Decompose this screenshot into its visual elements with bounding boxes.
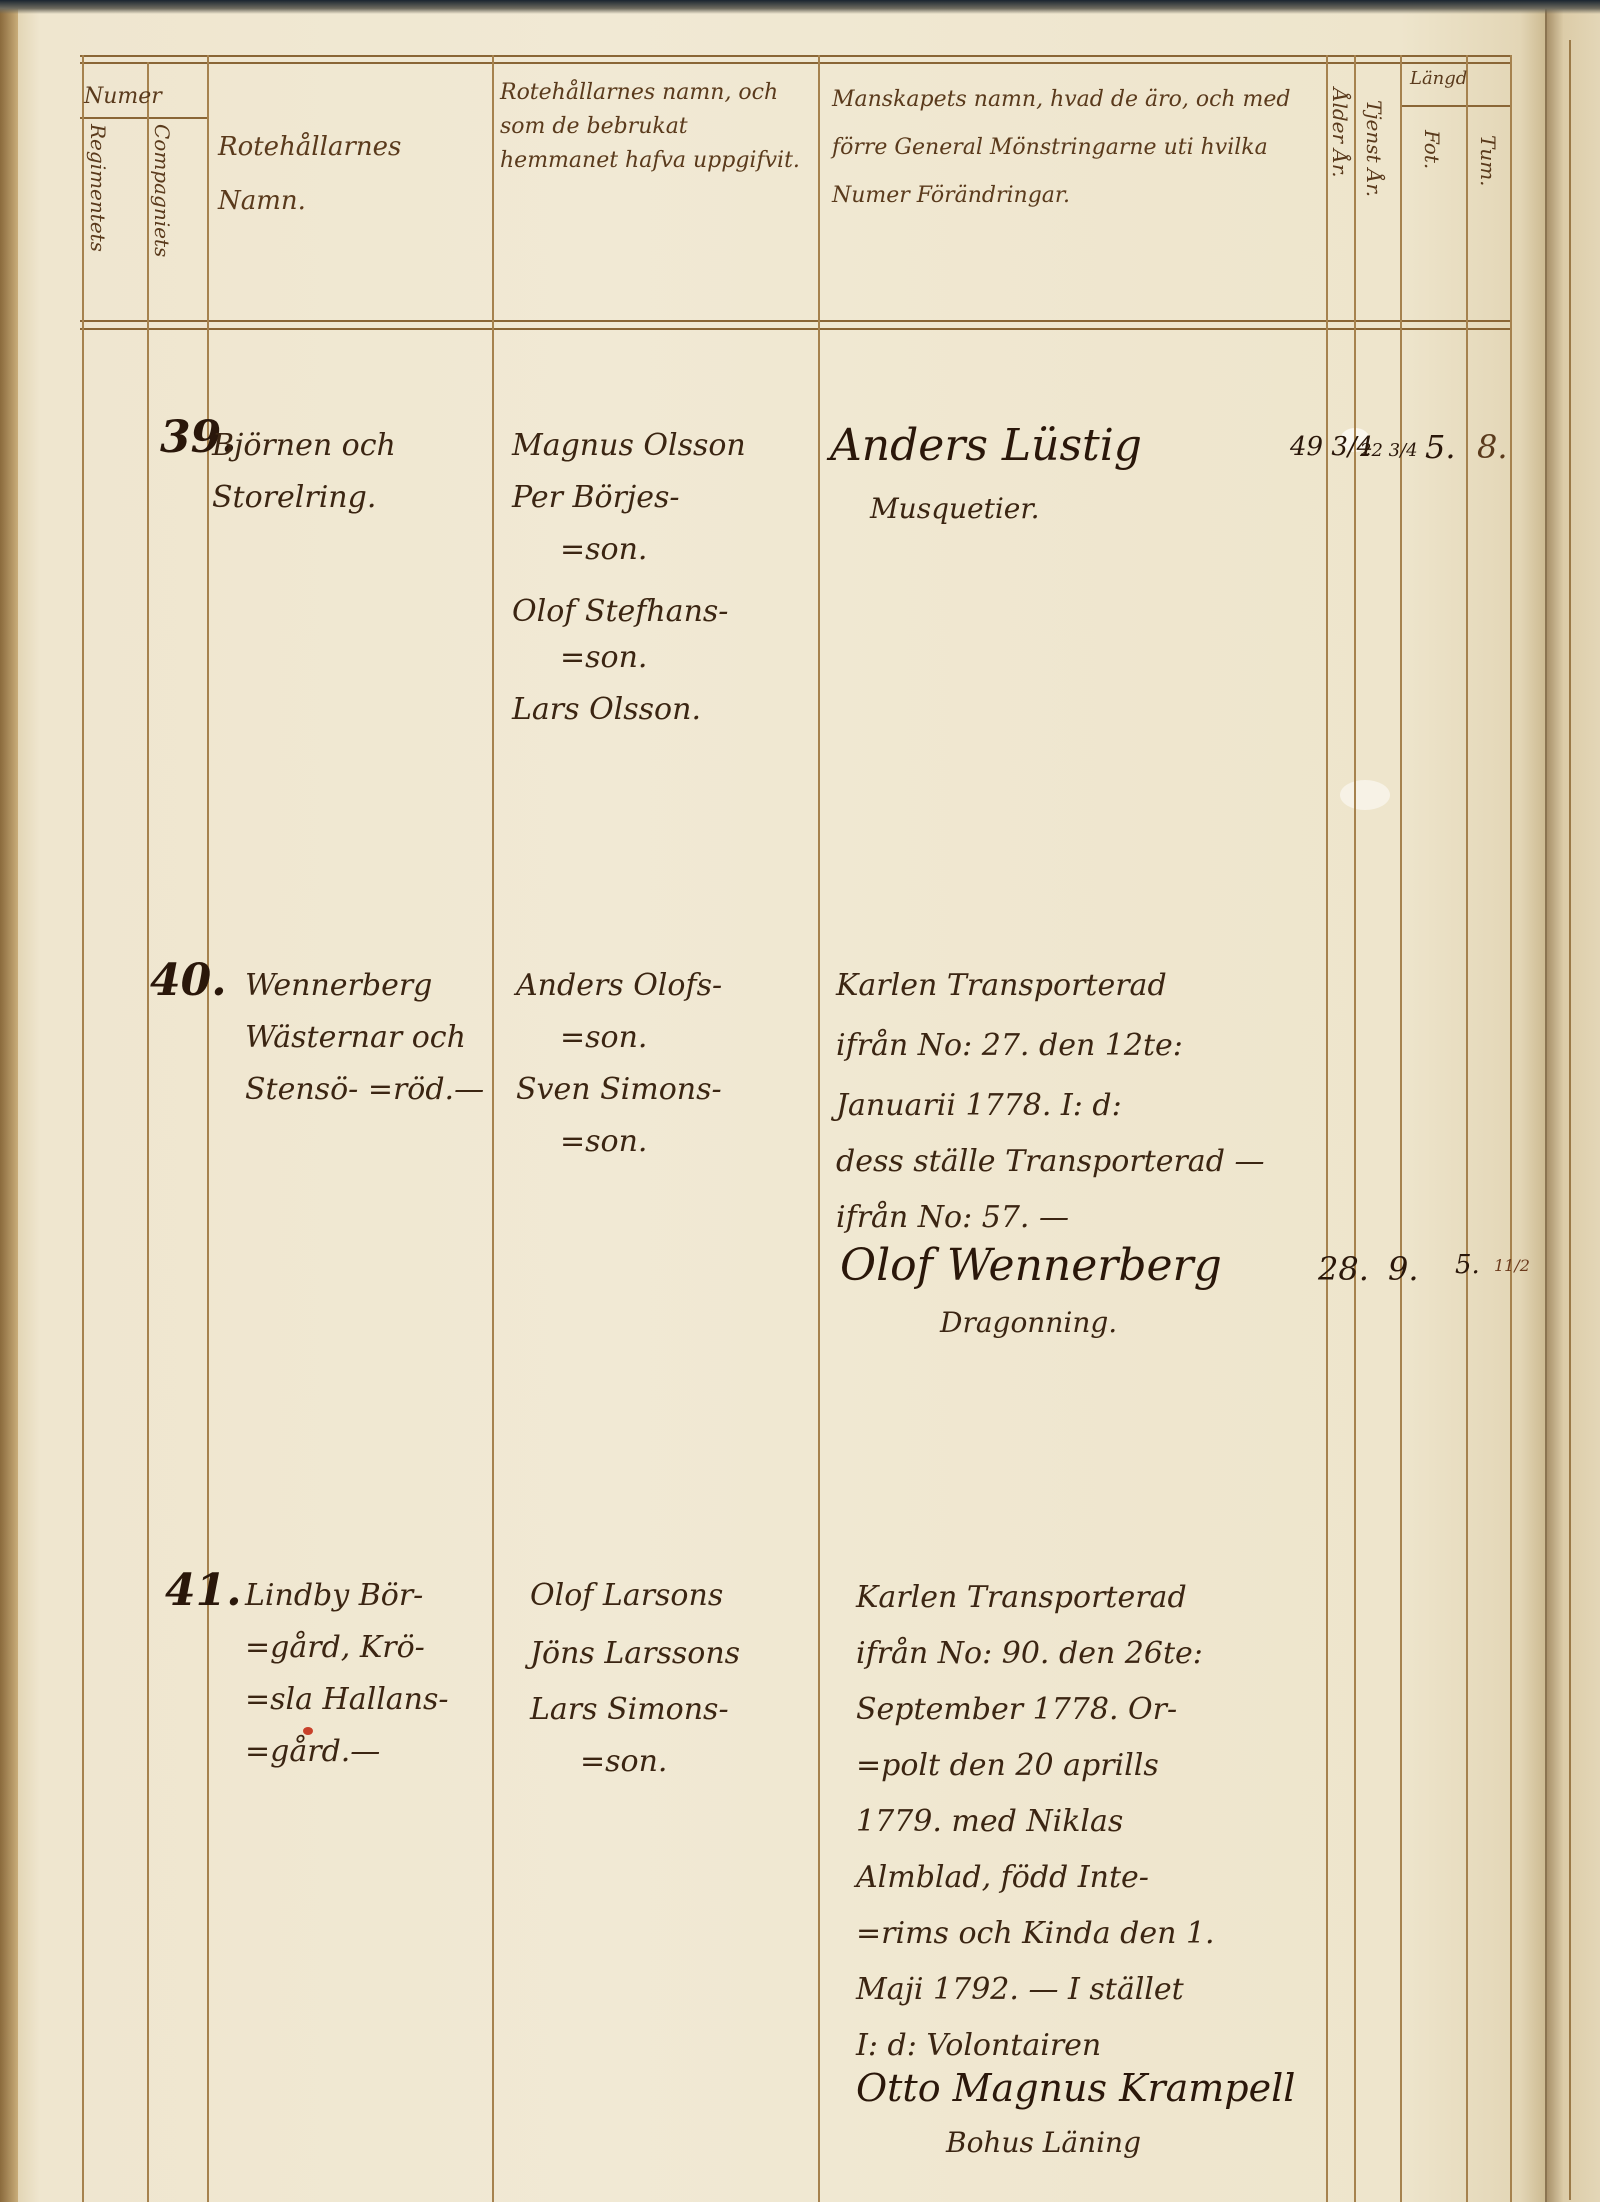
col-rule (1510, 55, 1512, 2202)
col-rule (1354, 55, 1356, 2202)
soldier-title: Musquetier. (870, 492, 1040, 525)
soldier-note-3: =polt den 20 aprills (856, 1740, 1159, 1792)
soldier-note-0: Karlen Transporterad (856, 1572, 1187, 1624)
soldier-note-8: I: d: Volontairen (856, 2020, 1101, 2072)
numer-sub-rule (80, 117, 208, 119)
ledger-page (0, 0, 1545, 2202)
soldier-note-5: Almblad, född Inte- (856, 1852, 1149, 1904)
soldier-note-3: dess ställe Transporterad — (836, 1136, 1264, 1188)
header-bottom-rule (80, 320, 1512, 322)
header-langd-tum: Tum. (1476, 135, 1500, 255)
header-top-rule (80, 55, 1512, 57)
paper-crease (1340, 780, 1390, 810)
rotehallare-3: =son. (580, 1736, 667, 1788)
rotehallare-0: Olof Larsons (530, 1570, 723, 1622)
header-top-rule-2 (80, 62, 1512, 64)
rotehallare-1: Per Börjes- (512, 472, 680, 524)
entry-number: 41. (165, 1565, 242, 1616)
langd-fot-value: 5. (1455, 1250, 1480, 1280)
langd-tum-value: 11/2 (1494, 1256, 1530, 1275)
header-compagniets: Compagniets (150, 124, 174, 324)
col-rule (207, 55, 209, 2202)
soldier-note-2: Januarii 1778. I: d: (836, 1080, 1122, 1132)
rotehallare-1: Jöns Larssons (530, 1628, 740, 1680)
rotehallare-3: Olof Stefhans- (512, 586, 728, 638)
col-rule (147, 62, 149, 2202)
col-rule (1400, 55, 1402, 2202)
scan-top-shadow (0, 0, 1600, 14)
soldier-note-6: =rims och Kinda den 1. (856, 1908, 1215, 1960)
soldier-name: Olof Wennerberg (840, 1240, 1222, 1291)
adjacent-page-edge (1545, 0, 1600, 2202)
rote-name: Björnen och Storelring. (212, 420, 487, 524)
langd-fot-value: 5. (1425, 428, 1456, 466)
tjenst-ar-value: 22 3/4 (1360, 440, 1418, 461)
col-rule (1466, 55, 1468, 2202)
book-binding-edge (0, 0, 18, 2202)
col-rule (1326, 55, 1328, 2202)
rotehallare-3: =son. (560, 1116, 647, 1168)
rotehallare-4: =son. (560, 632, 647, 684)
header-tjenst-ar: Tjenst År. (1362, 100, 1386, 310)
header-rotehallare-boende: Rotehållarnes namn, och som de bebrukat … (500, 76, 812, 178)
header-langd-fot: Fot. (1420, 130, 1444, 250)
col-rule (82, 55, 84, 2202)
header-regimentets: Regimentets (86, 124, 110, 314)
rotehallare-2: =son. (560, 524, 647, 576)
langd-tum-value: 8. (1477, 428, 1508, 466)
soldier-note-4: 1779. med Niklas (856, 1796, 1123, 1848)
soldier-note-1: ifrån No: 27. den 12te: (836, 1020, 1183, 1072)
rotehallare-5: Lars Olsson. (512, 684, 701, 736)
soldier-title: Bohus Läning (946, 2126, 1141, 2159)
soldier-title: Dragonning. (940, 1306, 1117, 1339)
tjenst-ar-value: 9. (1388, 1250, 1419, 1288)
langd-sub-rule (1400, 105, 1510, 107)
soldier-note-4: ifrån No: 57. — (836, 1192, 1069, 1244)
col-rule (818, 55, 820, 2202)
soldier-name: Anders Lüstig (830, 420, 1142, 471)
header-langd: Längd (1410, 62, 1467, 96)
header-rotehallarnes-namn: Rotehållarnes Namn. (218, 120, 483, 228)
header-bottom-rule-2 (80, 328, 1512, 330)
header-manskap: Manskapets namn, hvad de äro, och med fö… (832, 76, 1312, 220)
rotehallare-0: Anders Olofs- (516, 960, 722, 1012)
header-numer: Numer (84, 80, 162, 114)
rotehallare-2: Lars Simons- (530, 1684, 729, 1736)
rote-name: Wennerberg Wästernar och Stensö- =röd.— (245, 960, 490, 1116)
entry-number: 40. (150, 955, 227, 1006)
alder-value: 28. (1318, 1250, 1369, 1288)
soldier-note-2: September 1778. Or- (856, 1684, 1177, 1736)
soldier-note-7: Maji 1792. — I stället (856, 1964, 1184, 2016)
rotehallare-1: =son. (560, 1012, 647, 1064)
soldier-note-1: ifrån No: 90. den 26te: (856, 1628, 1203, 1680)
col-rule (492, 55, 494, 2202)
soldier-note-0: Karlen Transporterad (836, 960, 1167, 1012)
rotehallare-0: Magnus Olsson (512, 420, 746, 472)
soldier-name: Otto Magnus Krampell (856, 2066, 1295, 2110)
rotehallare-2: Sven Simons- (516, 1064, 722, 1116)
header-alder: Ålder År. (1328, 88, 1352, 308)
rote-name: Lindby Bör- =gård, Krö- =sla Hallans- =g… (245, 1570, 490, 1778)
